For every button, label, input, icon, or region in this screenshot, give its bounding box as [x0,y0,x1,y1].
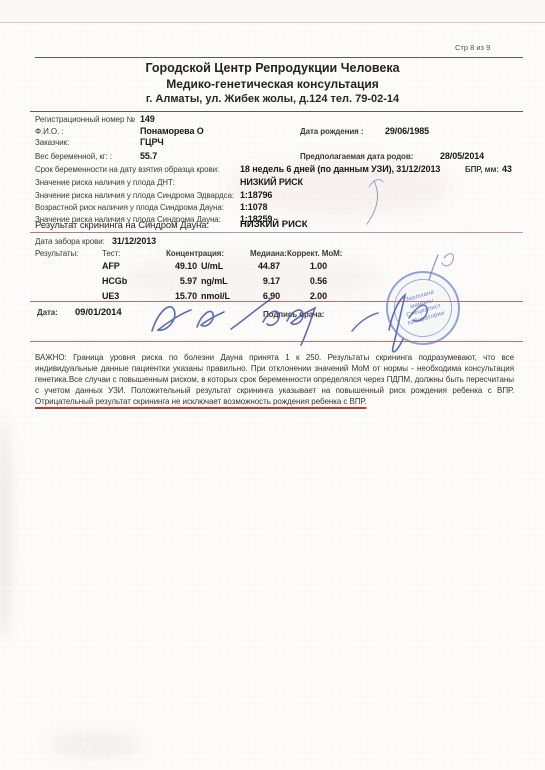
col-concentration: Концентрация: [166,249,224,258]
weight-label: Вес беременной, кг: : [35,152,112,161]
screening-result-label: Результат скрининга на Синдром Дауна: [35,220,209,231]
stamp-line: Специалист [406,303,442,320]
test-unit: U/mL [201,261,223,271]
scanned-document: Стр 8 из 9 Городской Центр Репродукции Ч… [0,0,545,770]
risk-edwards-value: 1:18796 [240,190,272,200]
scan-top-edge [0,0,545,23]
screening-result-value: НИЗКИЙ РИСК [240,219,308,230]
col-test: Тест: [102,249,120,258]
stamp-line: Зертхана [405,289,436,304]
birth-date-label: Дата рождения : [300,127,363,136]
divider [30,111,523,112]
test-unit: ng/mL [201,276,228,286]
risk-dnt-label: Значение риска наличия у плода ДНТ: [35,178,175,187]
blood-date-value: 31/12/2013 [112,236,156,246]
scan-smudge [0,420,12,640]
divider [35,57,523,58]
weight-value: 55.7 [140,151,157,161]
test-name: UE3 [102,291,119,301]
test-median: 44.87 [240,261,280,271]
test-name: AFP [102,261,120,271]
risk-age-down-value: 1:1078 [240,202,267,212]
doctor-signature-label: Подпись врача: [263,310,324,319]
risk-edwards-label: Значение риска наличия у плода Синдрома … [35,191,234,200]
risk-age-down-label: Возрастной риск наличия у плода Синдрома… [35,203,224,212]
note-underlined-text: Отрицательный результат скрининга не иск… [35,397,366,406]
divider [30,341,523,342]
note-text: ВАЖНО: Граница уровня риска по болезни Д… [35,353,514,395]
test-mom: 0.56 [287,276,327,286]
fio-value: Понаморева О [140,126,204,136]
reg-number-value: 149 [140,114,155,124]
test-name: HCGb [102,276,127,286]
due-date-label: Предполагаемая дата родов: [300,152,413,161]
col-median: Медиана: [250,249,287,258]
bpr-value: 43 [502,164,512,174]
risk-dnt-value: НИЗКИЙ РИСК [240,177,303,187]
test-concentration: 49.10 [140,261,197,271]
org-address: г. Алматы, ул. Жибек жолы, д.124 тел. 79… [0,93,545,105]
stamp-line: маманы [409,298,434,312]
gestation-label: Срок беременности на дату взятия образца… [35,165,219,174]
reg-number-label: Регистрационный номер № [35,115,135,124]
important-note: ВАЖНО: Граница уровня риска по болезни Д… [35,352,514,407]
results-section-label: Результаты: [35,249,78,258]
birth-date-value: 29/06/1985 [385,126,429,136]
stamp-line: лаборатории [407,310,446,328]
org-name: Городской Центр Репродукции Человека [0,61,545,75]
test-mom: 1.00 [287,261,327,271]
test-concentration: 15.70 [140,291,197,301]
test-median: 6.90 [240,291,280,301]
report-date-label: Дата: [37,308,58,317]
gestation-value: 18 недель 6 дней (по данным УЗИ), 31/12/… [240,164,440,174]
department-name: Медико-генетическая консультация [0,77,545,91]
bpr-label: БПР, мм: [465,165,499,174]
blood-date-label: Дата забора крови: [35,237,105,246]
test-median: 9.17 [240,276,280,286]
test-unit: nmol/L [201,291,230,301]
divider [30,232,523,233]
col-mom: Коррект. MoM: [287,249,342,258]
page-indicator: Стр 8 из 9 [455,43,490,52]
test-concentration: 5.97 [140,276,197,286]
test-mom: 2.00 [287,291,327,301]
customer-label: Заказчик: [35,138,69,147]
customer-value: ГЦРЧ [140,137,164,147]
due-date-value: 28/05/2014 [440,151,484,161]
fio-label: Ф.И.О. : [35,127,63,136]
report-date-value: 09/01/2014 [75,307,122,318]
scan-smudge [50,733,140,757]
